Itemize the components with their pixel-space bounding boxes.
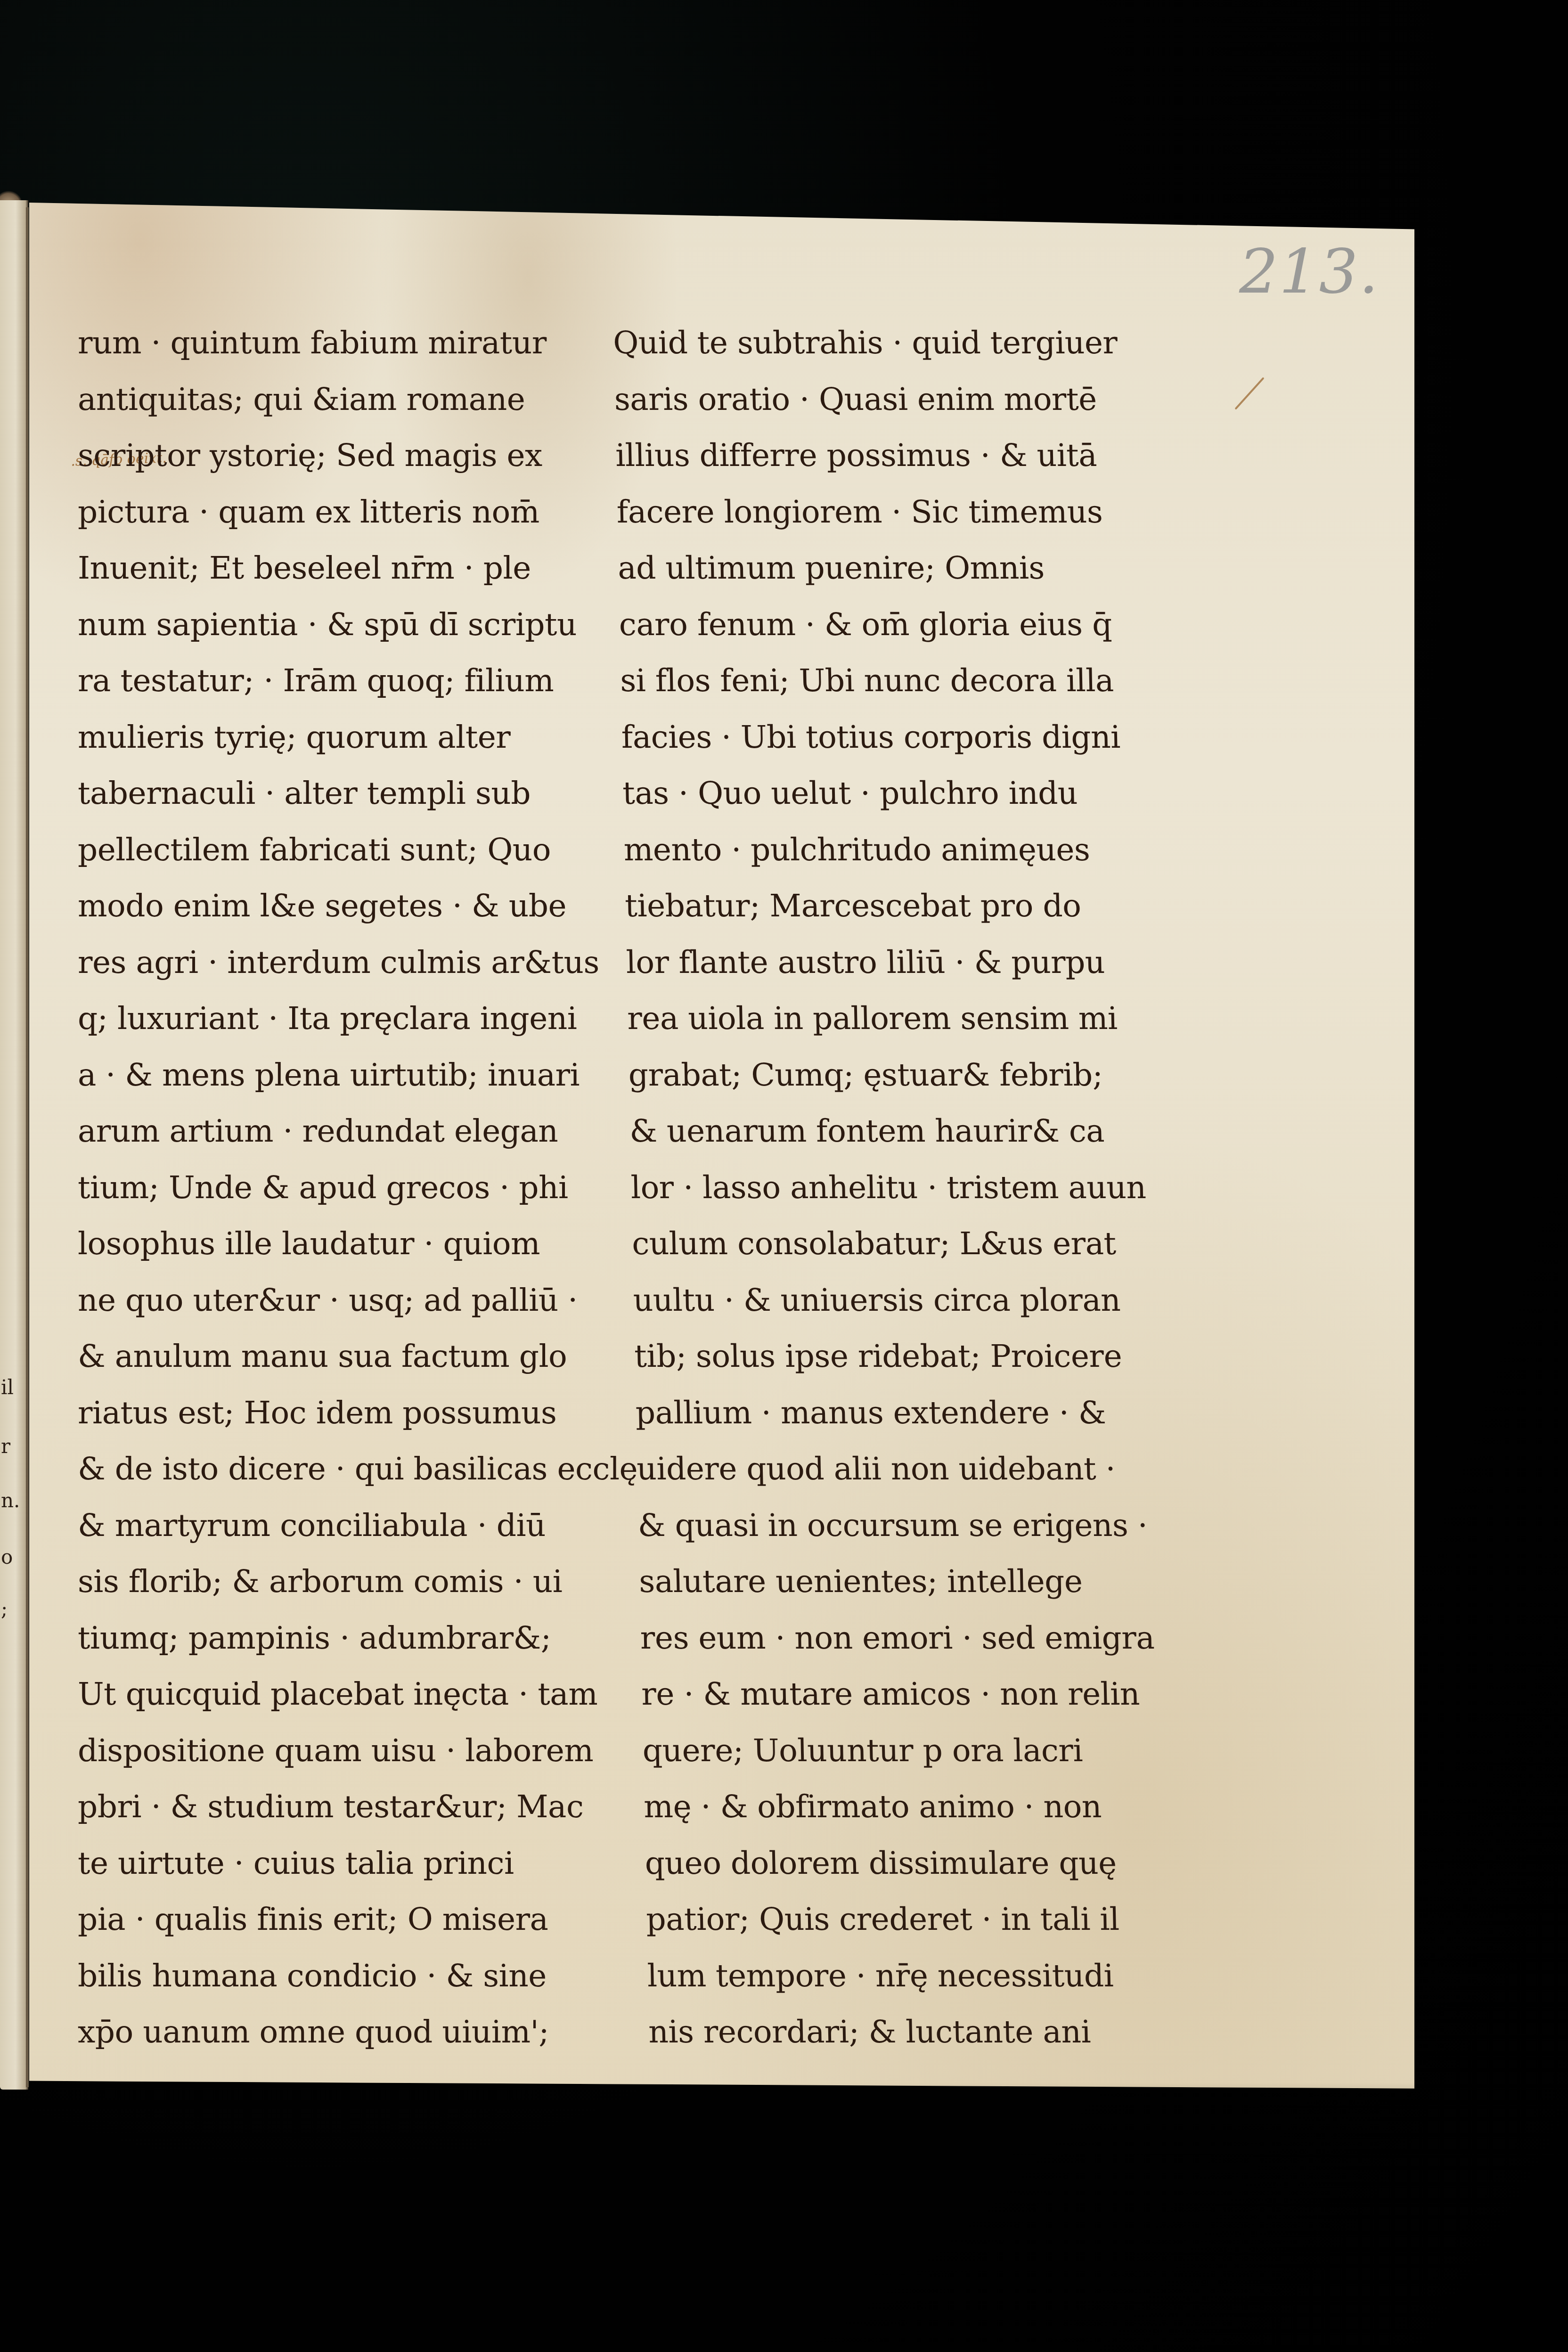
text-line: te uirtute · cuius talia princi — [78, 1835, 563, 1892]
text-line: mulieris tyrię; quorum alter — [78, 709, 563, 766]
text-line: losophus ille laudatur · quiom — [78, 1216, 563, 1272]
text-line: tabernaculi · alter templi sub — [78, 765, 563, 822]
text-line: grabat; Cumq; ęstuar& febrib; — [628, 1047, 1157, 1103]
text-line: pia · qualis finis erit; O misera — [78, 1891, 563, 1948]
text-column-left: rum · quintum fabium miratur antiquitas;… — [78, 315, 563, 2060]
text-line: Inuenit; Et beseleel nr̄m · ple — [78, 540, 563, 596]
text-line: dispositione quam uisu · laborem — [78, 1723, 563, 1779]
text-line: modo enim l&e segetes · & ube — [78, 878, 563, 934]
text-line: res eum · non emori · sed emigra — [640, 1610, 1169, 1666]
text-line: & martyrum conciliabula · diū — [78, 1497, 563, 1554]
text-line: Ut quicquid placebat inęcta · tam — [78, 1666, 563, 1723]
text-line: a · & mens plena uirtutib; inuari — [78, 1047, 563, 1103]
text-line: arum artium · redundat elegan — [78, 1103, 563, 1160]
text-line: saris oratio · Quasi enim mortē — [614, 371, 1143, 428]
text-line: Quid te subtrahis · quid tergiuer — [612, 315, 1142, 371]
text-line: lor flante austro liliū · & purpu — [626, 934, 1155, 991]
text-line: facere longiorem · Sic timemus — [616, 484, 1145, 540]
text-line: antiquitas; qui &iam romane — [78, 371, 563, 428]
text-line: re · & mutare amicos · non relin — [641, 1666, 1170, 1723]
facing-page-glyph: il — [1, 1376, 14, 1399]
text-line: uidere quod alii non uidebant · — [636, 1441, 1165, 1497]
text-line: scriptor ystorię; Sed magis ex — [78, 427, 563, 484]
text-line: q; luxuriant · Ita pręclara ingeni — [78, 990, 563, 1047]
text-line: uultu · & uniuersis circa ploran — [633, 1272, 1162, 1329]
text-line: nis recordari; & luctante ani — [648, 2004, 1177, 2060]
text-line: rea uiola in pallorem sensim mi — [627, 990, 1156, 1047]
text-line: sis florib; & arborum comis · ui — [78, 1553, 563, 1610]
text-line: mento · pulchritudo animęues — [623, 822, 1152, 878]
gutter — [26, 207, 29, 2087]
text-line: tium; Unde & apud grecos · phi — [78, 1160, 563, 1216]
text-line: res agri · interdum culmis ar&tus — [78, 934, 563, 991]
text-line: facies · Ubi totius corporis digni — [621, 709, 1150, 766]
text-line: pbri · & studium testar&ur; Mac — [78, 1779, 563, 1835]
facing-page-glyph: r — [1, 1435, 10, 1458]
text-line: queo dolorem dissimulare quę — [645, 1835, 1174, 1892]
text-line: tib; solus ipse ridebat; Proicere — [634, 1328, 1163, 1385]
text-line: & anulum manu sua factum glo — [78, 1328, 563, 1385]
text-line: pellectilem fabricati sunt; Quo — [78, 822, 563, 878]
text-line: pictura · quam ex litteris nom̄ — [78, 484, 563, 540]
text-line: rum · quintum fabium miratur — [78, 315, 563, 371]
facing-page-glyph: n. — [1, 1489, 20, 1512]
text-line: & de isto dicere · qui basilicas ecclę — [78, 1441, 563, 1497]
text-line: & uenarum fontem haurir& ca — [629, 1103, 1158, 1160]
text-line: & quasi in occursum se erigens · — [637, 1497, 1167, 1554]
text-line: salutare uenientes; intellege — [638, 1553, 1168, 1610]
text-line: patior; Quis crederet · in tali il — [645, 1891, 1175, 1948]
text-line: pallium · manus extendere · & — [635, 1385, 1164, 1441]
folio-number: 213. — [1239, 236, 1379, 307]
text-column-right: Quid te subtrahis · quid tergiuer saris … — [612, 315, 1177, 2060]
text-line: culum consolabatur; L&us erat — [631, 1216, 1160, 1272]
text-line: ne quo uter&ur · usq; ad palliū · — [78, 1272, 563, 1329]
text-line: bilis humana condicio · & sine — [78, 1948, 563, 2004]
text-line: quere; Uoluuntur p ora lacri — [642, 1723, 1171, 1779]
text-line: mę · & obfirmato animo · non — [643, 1779, 1172, 1835]
text-line: illius differre possimus · & uitā — [615, 427, 1144, 484]
text-line: lor · lasso anhelitu · tristem auun — [630, 1160, 1160, 1216]
text-line: tiumq; pampinis · adumbrar&; — [78, 1610, 563, 1666]
text-line: ra testatur; · Irām quoq; filium — [78, 653, 563, 709]
text-line: riatus est; Hoc idem possumus — [78, 1385, 563, 1441]
facing-page-glyph: o — [1, 1545, 13, 1568]
text-line: xp̄o uanum omne quod uiuim'; — [78, 2004, 563, 2060]
text-line: ad ultimum puenire; Omnis — [617, 540, 1146, 596]
text-line: caro fenum · & om̄ gloria eius q̄ — [619, 596, 1148, 653]
text-line: tas · Quo uelut · pulchro indu — [622, 765, 1151, 822]
text-line: si flos feni; Ubi nunc decora illa — [620, 653, 1149, 709]
text-line: lum tempore · nr̄ę necessitudi — [647, 1948, 1176, 2004]
text-line: tiebatur; Marcescebat pro do — [624, 878, 1153, 934]
facing-page-edge: il r n. o ; — [0, 200, 28, 2090]
facing-page-glyph: ; — [1, 1597, 8, 1620]
text-line: num sapientia · & spū dī scriptu — [78, 596, 563, 653]
